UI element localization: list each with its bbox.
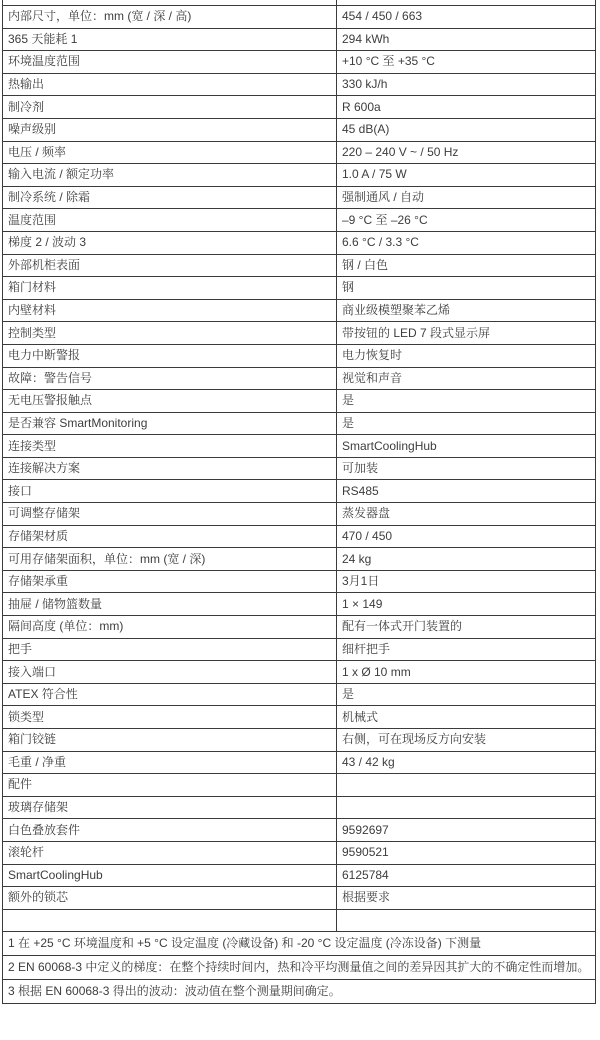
- footnote-row: 3 根据 EN 60068-3 得出的波动：波动值在整个测量期间确定。: [3, 980, 596, 1004]
- spec-row: 内壁材料 商业级模塑聚苯乙烯: [3, 299, 596, 322]
- spec-value-cell: 细杆把手: [337, 638, 596, 661]
- spec-value-cell: 强制通风 / 自动: [337, 186, 596, 209]
- spec-row: 滚轮杆 9590521: [3, 841, 596, 864]
- spec-row: 接口 RS485: [3, 480, 596, 503]
- spec-row: 365 天能耗 1 294 kWh: [3, 28, 596, 51]
- spec-label-cell: 连接解决方案: [3, 457, 337, 480]
- spec-label-cell: 365 天能耗 1: [3, 28, 337, 51]
- footnote-text: 2 EN 60068-3 中定义的梯度：在整个持续时间内，热和冷平均测量值之间的…: [3, 956, 596, 980]
- spec-label-cell: 内壁材料: [3, 299, 337, 322]
- spec-label-cell: 存储架承重: [3, 570, 337, 593]
- spec-value-cell: [337, 774, 596, 797]
- spec-value-cell: 配有一体式开门装置的: [337, 616, 596, 639]
- spec-row: 存储架材质 470 / 450: [3, 525, 596, 548]
- spec-value-cell: 470 / 450: [337, 525, 596, 548]
- spec-row: 可调整存储架 蒸发器盘: [3, 503, 596, 526]
- spec-value-cell: 是: [337, 412, 596, 435]
- spec-row: 控制类型 带按钮的 LED 7 段式显示屏: [3, 322, 596, 345]
- spec-label-cell: 制冷剂: [3, 96, 337, 119]
- spec-value-cell: 43 / 42 kg: [337, 751, 596, 774]
- spec-label-cell: 隔间高度 (单位：mm): [3, 616, 337, 639]
- spec-row: 无电压警报触点 是: [3, 390, 596, 413]
- spec-row: 梯度 2 / 波动 3 6.6 °C / 3.3 °C: [3, 231, 596, 254]
- spec-label-cell: 配件: [3, 774, 337, 797]
- spec-label-cell: 梯度 2 / 波动 3: [3, 231, 337, 254]
- spec-label-cell: 无电压警报触点: [3, 390, 337, 413]
- footnote-text: 3 根据 EN 60068-3 得出的波动：波动值在整个测量期间确定。: [3, 980, 596, 1004]
- spec-value-cell: [337, 796, 596, 819]
- spec-sheet-page: 内部尺寸，单位：mm (宽 / 深 / 高) 454 / 450 / 663 3…: [0, 0, 600, 1040]
- spec-row: 毛重 / 净重 43 / 42 kg: [3, 751, 596, 774]
- footnote-row: 2 EN 60068-3 中定义的梯度：在整个持续时间内，热和冷平均测量值之间的…: [3, 956, 596, 980]
- spec-value-cell: 是: [337, 683, 596, 706]
- spec-row: 接入端口 1 x Ø 10 mm: [3, 661, 596, 684]
- spec-row: 热输出 330 kJ/h: [3, 73, 596, 96]
- spec-value-cell: 3月1日: [337, 570, 596, 593]
- spec-row: SmartCoolingHub 6125784: [3, 864, 596, 887]
- spec-row: 噪声级别 45 dB(A): [3, 118, 596, 141]
- footnote-row: 1 在 +25 °C 环境温度和 +5 °C 设定温度 (冷藏设备) 和 -20…: [3, 932, 596, 956]
- spec-value-cell: –9 °C 至 –26 °C: [337, 209, 596, 232]
- spec-label-cell: SmartCoolingHub: [3, 864, 337, 887]
- spec-row: 玻璃存储架: [3, 796, 596, 819]
- spec-row: 输入电流 / 额定功率 1.0 A / 75 W: [3, 164, 596, 187]
- spec-label-cell: 电力中断警报: [3, 344, 337, 367]
- spec-row: 是否兼容 SmartMonitoring 是: [3, 412, 596, 435]
- spec-label-cell: 接入端口: [3, 661, 337, 684]
- spec-value-cell: 电力恢复时: [337, 344, 596, 367]
- spec-label-cell: 噪声级别: [3, 118, 337, 141]
- spec-row: 环境温度范围 +10 °C 至 +35 °C: [3, 51, 596, 74]
- spec-label-cell: 环境温度范围: [3, 51, 337, 74]
- spec-value-cell: 454 / 450 / 663: [337, 6, 596, 29]
- spec-value-cell: SmartCoolingHub: [337, 435, 596, 458]
- spec-row: ATEX 符合性 是: [3, 683, 596, 706]
- spec-value-cell: R 600a: [337, 96, 596, 119]
- spec-value-cell: [337, 909, 596, 932]
- spec-value-cell: 视觉和声音: [337, 367, 596, 390]
- spec-value-cell: 45 dB(A): [337, 118, 596, 141]
- spec-value-cell: 钢 / 白色: [337, 254, 596, 277]
- spec-row: 故障：警告信号 视觉和声音: [3, 367, 596, 390]
- spec-label-cell: 存储架材质: [3, 525, 337, 548]
- spec-label-cell: 热输出: [3, 73, 337, 96]
- spec-label-cell: 可用存储架面积，单位：mm (宽 / 深): [3, 548, 337, 571]
- spec-row: 制冷系统 / 除霜 强制通风 / 自动: [3, 186, 596, 209]
- spec-label-cell: 制冷系统 / 除霜: [3, 186, 337, 209]
- spec-label-cell: 输入电流 / 额定功率: [3, 164, 337, 187]
- spec-label-cell: 抽屉 / 储物篮数量: [3, 593, 337, 616]
- spec-label-cell: 毛重 / 净重: [3, 751, 337, 774]
- spec-label-cell: 内部尺寸，单位：mm (宽 / 深 / 高): [3, 6, 337, 29]
- spec-row: 存储架承重 3月1日: [3, 570, 596, 593]
- spec-value-cell: 钢: [337, 277, 596, 300]
- spec-label-cell: 温度范围: [3, 209, 337, 232]
- spec-table-body: 内部尺寸，单位：mm (宽 / 深 / 高) 454 / 450 / 663 3…: [3, 0, 596, 1004]
- spec-value-cell: 带按钮的 LED 7 段式显示屏: [337, 322, 596, 345]
- spec-value-cell: 294 kWh: [337, 28, 596, 51]
- spec-value-cell: 1.0 A / 75 W: [337, 164, 596, 187]
- spec-value-cell: 可加装: [337, 457, 596, 480]
- spec-row: 可用存储架面积，单位：mm (宽 / 深) 24 kg: [3, 548, 596, 571]
- spec-label-cell: 控制类型: [3, 322, 337, 345]
- spec-value-cell: 根据要求: [337, 887, 596, 910]
- spec-label-cell: 额外的锁芯: [3, 887, 337, 910]
- spec-label-cell: 接口: [3, 480, 337, 503]
- spec-label-cell: 外部机柜表面: [3, 254, 337, 277]
- spec-value-cell: 9590521: [337, 841, 596, 864]
- spec-row: 箱门铰链 右侧，可在现场反方向安装: [3, 729, 596, 752]
- spec-row: 箱门材料 钢: [3, 277, 596, 300]
- spec-row: 抽屉 / 储物篮数量 1 × 149: [3, 593, 596, 616]
- spec-label-cell: 白色叠放套件: [3, 819, 337, 842]
- spec-label-cell: 把手: [3, 638, 337, 661]
- spec-row: 制冷剂 R 600a: [3, 96, 596, 119]
- spec-value-cell: 330 kJ/h: [337, 73, 596, 96]
- spec-value-cell: 1 × 149: [337, 593, 596, 616]
- spec-row: 温度范围 –9 °C 至 –26 °C: [3, 209, 596, 232]
- spec-value-cell: 9592697: [337, 819, 596, 842]
- spec-label-cell: ATEX 符合性: [3, 683, 337, 706]
- spec-label-cell: 锁类型: [3, 706, 337, 729]
- spec-row: 配件: [3, 774, 596, 797]
- spec-row: 额外的锁芯 根据要求: [3, 887, 596, 910]
- spec-row: 锁类型 机械式: [3, 706, 596, 729]
- spec-value-cell: 是: [337, 390, 596, 413]
- spec-label-cell: 玻璃存储架: [3, 796, 337, 819]
- spec-label-cell: 故障：警告信号: [3, 367, 337, 390]
- spec-row: 白色叠放套件 9592697: [3, 819, 596, 842]
- spec-value-cell: 6.6 °C / 3.3 °C: [337, 231, 596, 254]
- spec-value-cell: RS485: [337, 480, 596, 503]
- spec-value-cell: 右侧，可在现场反方向安装: [337, 729, 596, 752]
- spec-row: 连接类型 SmartCoolingHub: [3, 435, 596, 458]
- spec-table: 内部尺寸，单位：mm (宽 / 深 / 高) 454 / 450 / 663 3…: [2, 0, 596, 1004]
- spec-row: 电力中断警报 电力恢复时: [3, 344, 596, 367]
- spec-label-cell: 箱门材料: [3, 277, 337, 300]
- spec-label-cell: 箱门铰链: [3, 729, 337, 752]
- spec-value-cell: 蒸发器盘: [337, 503, 596, 526]
- spec-value-cell: 24 kg: [337, 548, 596, 571]
- spec-row: 隔间高度 (单位：mm) 配有一体式开门装置的: [3, 616, 596, 639]
- spec-row: 把手 细杆把手: [3, 638, 596, 661]
- spec-row: 内部尺寸，单位：mm (宽 / 深 / 高) 454 / 450 / 663: [3, 6, 596, 29]
- spec-label-cell: 是否兼容 SmartMonitoring: [3, 412, 337, 435]
- spec-row: 外部机柜表面 钢 / 白色: [3, 254, 596, 277]
- spec-label-cell: 电压 / 频率: [3, 141, 337, 164]
- spec-value-cell: 1 x Ø 10 mm: [337, 661, 596, 684]
- spec-row: 电压 / 频率 220 – 240 V ~ / 50 Hz: [3, 141, 596, 164]
- spec-value-cell: 220 – 240 V ~ / 50 Hz: [337, 141, 596, 164]
- spec-label-cell: 连接类型: [3, 435, 337, 458]
- spec-row: 连接解决方案 可加装: [3, 457, 596, 480]
- spec-label-cell: 滚轮杆: [3, 841, 337, 864]
- spec-value-cell: 6125784: [337, 864, 596, 887]
- spec-label-cell: 可调整存储架: [3, 503, 337, 526]
- spec-label-cell: [3, 909, 337, 932]
- spec-value-cell: 机械式: [337, 706, 596, 729]
- spec-row: [3, 909, 596, 932]
- footnote-text: 1 在 +25 °C 环境温度和 +5 °C 设定温度 (冷藏设备) 和 -20…: [3, 932, 596, 956]
- spec-value-cell: +10 °C 至 +35 °C: [337, 51, 596, 74]
- spec-value-cell: 商业级模塑聚苯乙烯: [337, 299, 596, 322]
